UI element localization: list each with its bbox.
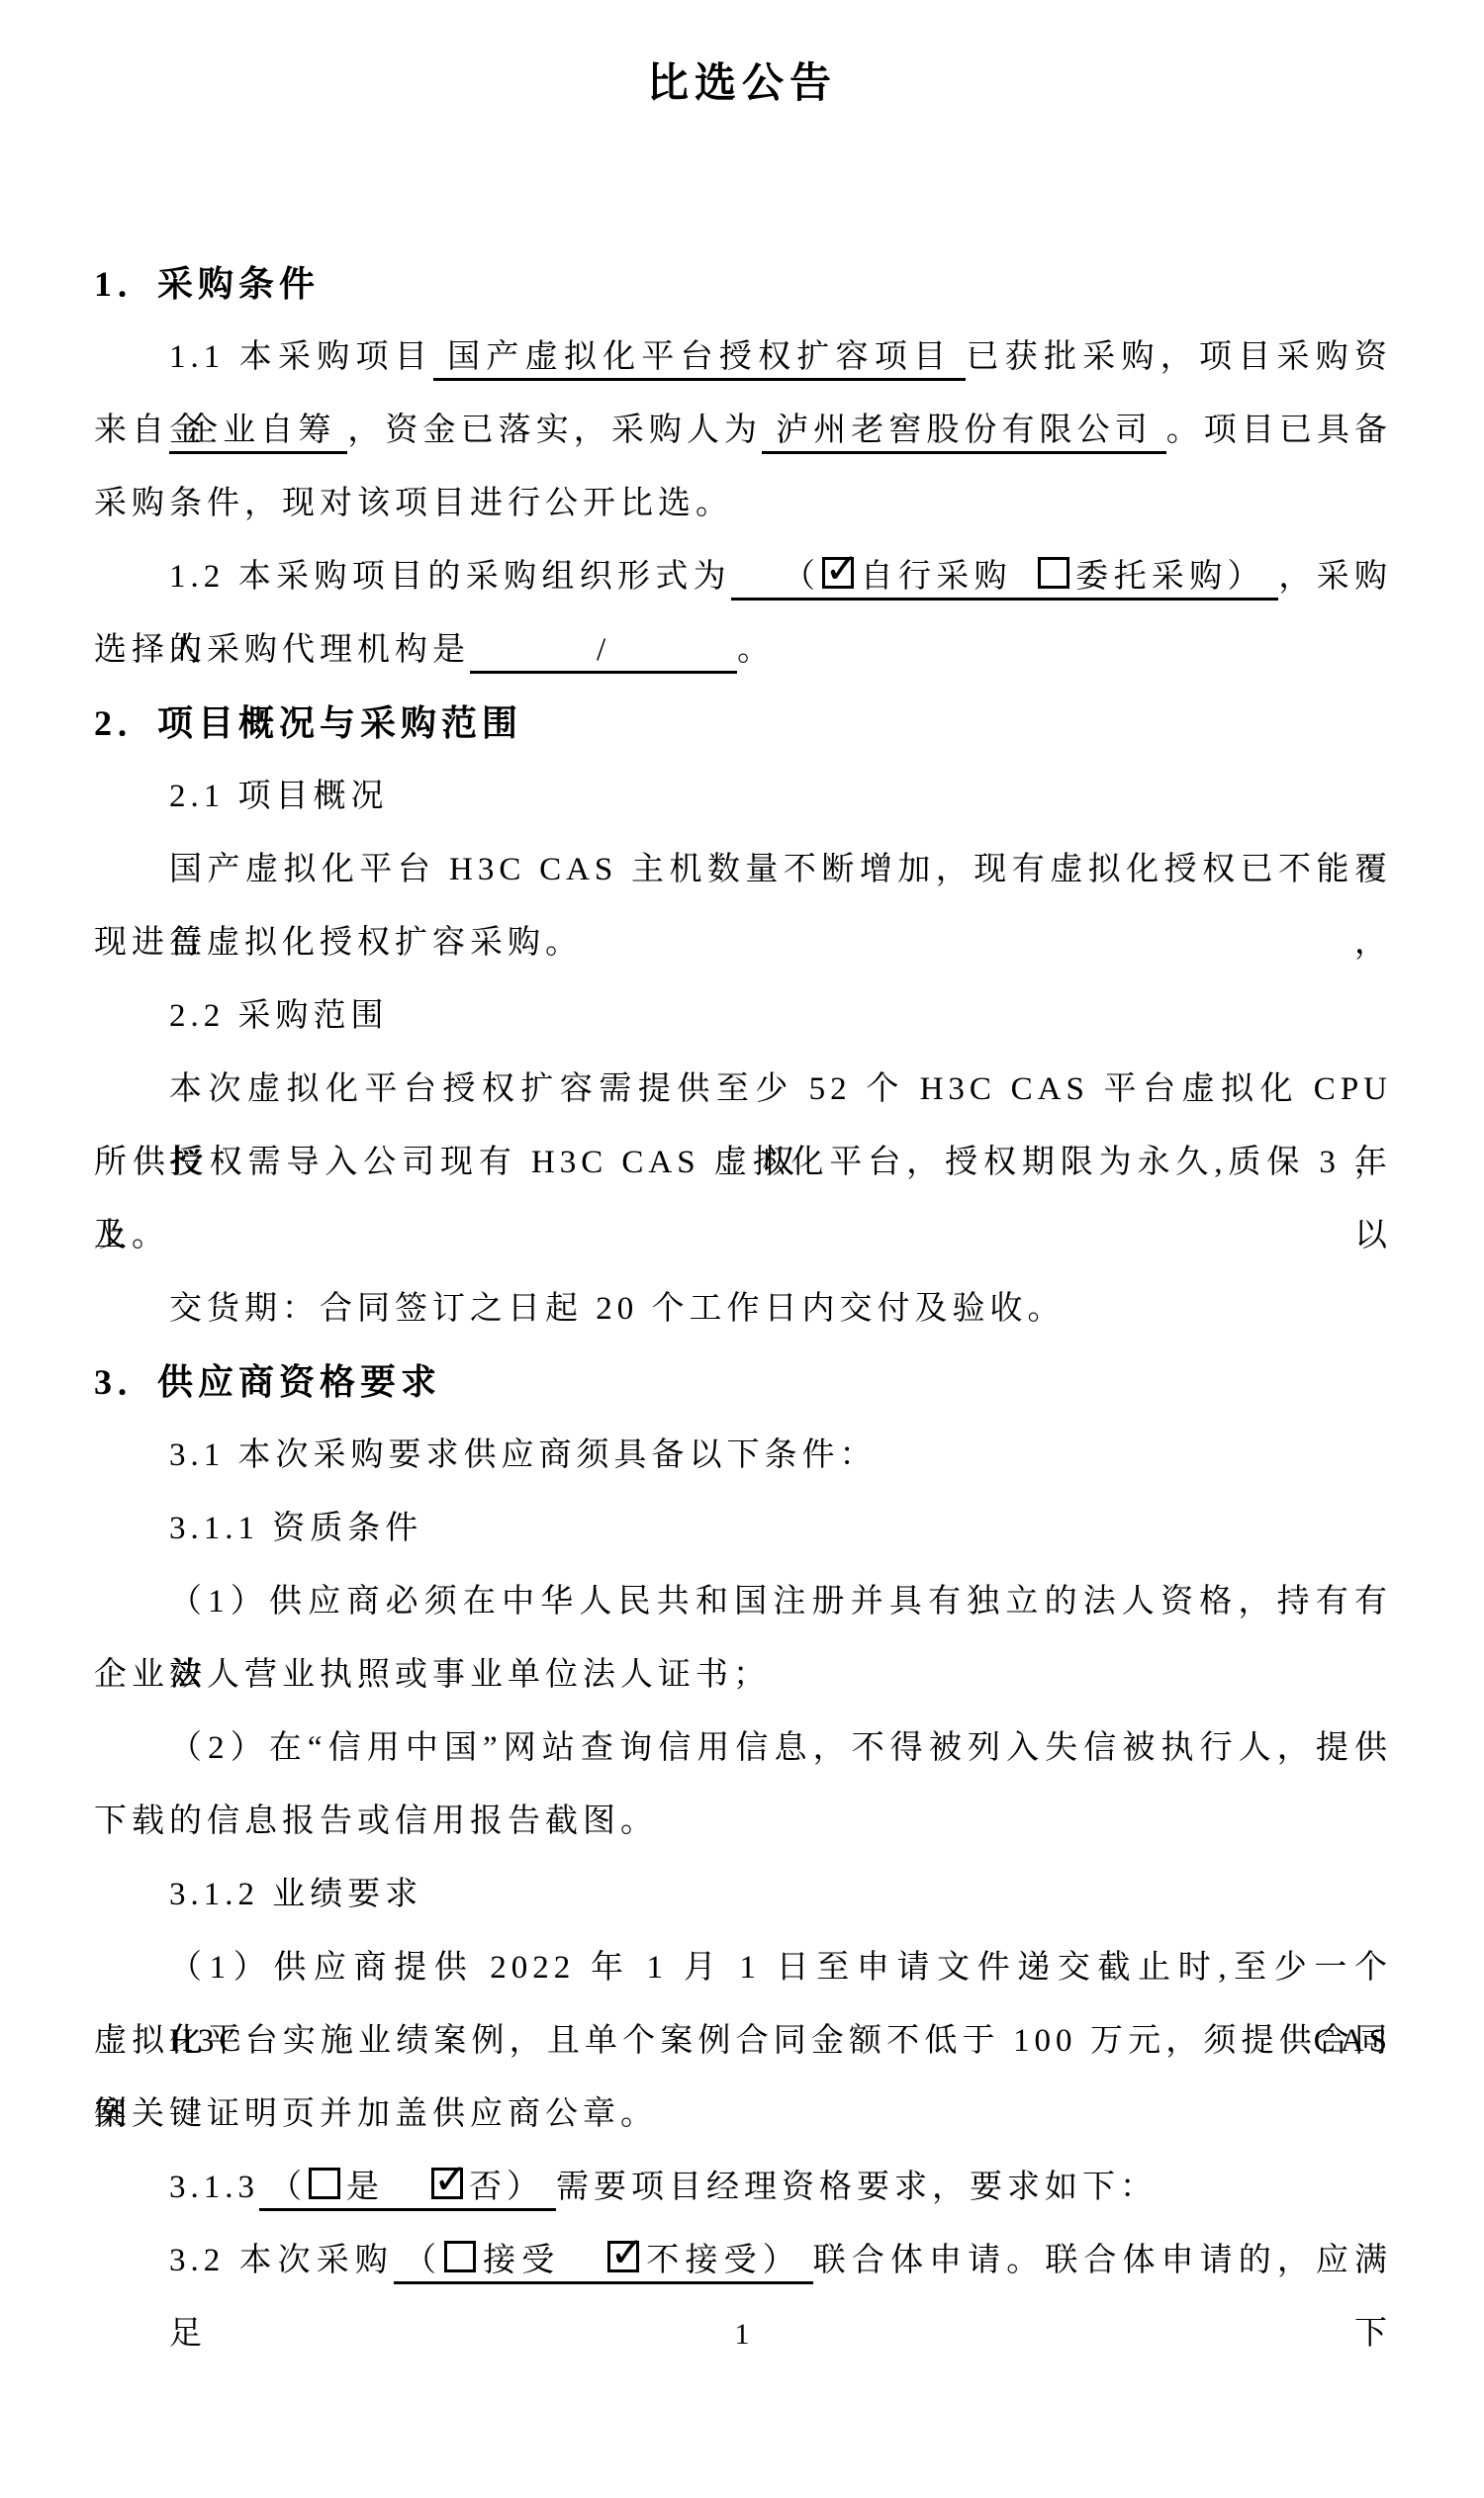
text-run: 1.1 本采购项目 xyxy=(169,339,433,375)
document-page: 比选公告 1．采购条件 1.1 本采购项目国产虚拟化平台授权扩容项目已获批采购，… xyxy=(0,0,1484,2498)
gap xyxy=(560,2269,605,2270)
section-heading-1: 1．采购条件 xyxy=(94,247,1392,321)
checkbox-checked-icon: ✓ xyxy=(607,2241,639,2272)
paragraph-3-1-1-item1-line-2: 企业法人营业执照或事业单位法人证书； xyxy=(94,1638,1392,1712)
section-heading-2: 2．项目概况与采购范围 xyxy=(94,687,1392,760)
subsection-heading-2-2: 2.2 采购范围 xyxy=(94,979,1392,1053)
check-mark-icon: ✓ xyxy=(609,2232,644,2273)
page-number: 1 xyxy=(0,2317,1484,2353)
checkbox-option-label: 不接受 xyxy=(645,2243,762,2278)
text-run: ） xyxy=(1228,559,1250,595)
text-run: 。 xyxy=(737,632,775,668)
text-run: 3.2 本次采购 xyxy=(169,2243,394,2278)
text-run: ） xyxy=(507,2170,544,2205)
paragraph-1-1-line-2: 来自企业自筹，资金已落实，采购人为泸州老窖股份有限公司。项目已具备 xyxy=(94,394,1392,467)
paragraph-3-1-1-item2-line-1: （2）在“信用中国”网站查询信用信息，不得被列入失信被执行人，提供 xyxy=(94,1712,1392,1785)
text-run: 3.1.3 xyxy=(169,2170,259,2205)
subsection-heading-3-1: 3.1 本次采购要求供应商须具备以下条件： xyxy=(94,1419,1392,1492)
text-run: 来自 xyxy=(94,413,169,448)
paragraph-3-1-2-item1-line-1: （1）供应商提供 2022 年 1 月 1 日至申请文件递交截止时,至少一个 H… xyxy=(94,1931,1392,2004)
text-run: 需要项目经理资格要求，要求如下： xyxy=(556,2170,1158,2205)
paragraph-3-1-2-item1-line-2: 虚拟化平台实施业绩案例，且单个案例合同金额不低于 100 万元，须提供合同案 xyxy=(94,2004,1392,2078)
subsection-heading-3-1-2: 3.1.2 业绩要求 xyxy=(94,1858,1392,1931)
check-mark-icon: ✓ xyxy=(824,548,859,590)
gap xyxy=(384,2196,429,2197)
underlined-field-funding-source: 企业自筹 xyxy=(169,413,347,454)
underlined-field-procurement-form: （✓自行采购委托采购） xyxy=(731,559,1278,601)
paragraph-2-1-line-1: 国产虚拟化平台 H3C CAS 主机数量不断增加，现有虚拟化授权已不能覆盖， xyxy=(94,833,1392,906)
underlined-field-pm-requirement: （是✓否） xyxy=(259,2170,556,2211)
text-run: （ xyxy=(783,559,820,595)
blank-underline xyxy=(610,659,737,660)
text-run: （ xyxy=(269,2170,307,2205)
checkbox-option-label: 接受 xyxy=(482,2243,560,2278)
checkbox-unchecked-icon xyxy=(309,2168,340,2199)
text-run: ，资金已落实，采购人为 xyxy=(347,413,762,448)
subsection-heading-3-1-1: 3.1.1 资质条件 xyxy=(94,1492,1392,1565)
underlined-field-consortium: （接受✓不接受） xyxy=(394,2243,813,2284)
text-run: 。项目已具备 xyxy=(1166,413,1392,448)
underlined-field-purchaser-name: 泸州老窖股份有限公司 xyxy=(762,413,1166,454)
subsection-heading-2-1: 2.1 项目概况 xyxy=(94,760,1392,833)
text-run: 1.2 本采购项目的采购组织形式为 xyxy=(169,559,731,595)
checkbox-unchecked-icon xyxy=(1038,557,1069,589)
checkbox-unchecked-icon xyxy=(444,2241,476,2272)
paragraph-3-1-2-item1-line-3: 例关键证明页并加盖供应商公章。 xyxy=(94,2078,1392,2151)
paragraph-1-2-line-1: 1.2 本采购项目的采购组织形式为（✓自行采购委托采购），采购人 xyxy=(94,540,1392,613)
text-run: （ xyxy=(404,2243,442,2278)
checkbox-option-label: 自行采购 xyxy=(860,559,1012,595)
blank-underline xyxy=(470,659,597,660)
underlined-field-project-name: 国产虚拟化平台授权扩容项目 xyxy=(433,339,966,381)
section-heading-3: 3．供应商资格要求 xyxy=(94,1345,1392,1419)
checkbox-option-label: 是 xyxy=(346,2170,384,2205)
slash-separator: / xyxy=(597,632,610,668)
paragraph-delivery-period: 交货期：合同签订之日起 20 个工作日内交付及验收。 xyxy=(94,1272,1392,1345)
document-body: 1．采购条件 1.1 本采购项目国产虚拟化平台授权扩容项目已获批采购，项目采购资… xyxy=(94,247,1392,2297)
underlined-field-agency-blank: / xyxy=(470,632,737,674)
checkbox-checked-icon: ✓ xyxy=(822,557,854,589)
check-mark-icon: ✓ xyxy=(433,2159,468,2200)
checkbox-checked-icon: ✓ xyxy=(431,2168,463,2199)
gap xyxy=(1012,586,1036,587)
paragraph-1-1-line-1: 1.1 本采购项目国产虚拟化平台授权扩容项目已获批采购，项目采购资金 xyxy=(94,321,1392,394)
paragraph-3-1-1-item1-line-1: （1）供应商必须在中华人民共和国注册并具有独立的法人资格，持有有效 xyxy=(94,1565,1392,1638)
paragraph-3-1-3: 3.1.3（是✓否）需要项目经理资格要求，要求如下： xyxy=(94,2151,1392,2224)
document-title: 比选公告 xyxy=(0,54,1484,114)
paragraph-3-1-1-item2-line-2: 下载的信息报告或信用报告截图。 xyxy=(94,1785,1392,1858)
paragraph-2-2-line-2: 所供授权需导入公司现有 H3C CAS 虚拟化平台，授权期限为永久,质保 3 年… xyxy=(94,1126,1392,1199)
checkbox-option-label: 否 xyxy=(469,2170,507,2205)
paragraph-3-2: 3.2 本次采购（接受✓不接受）联合体申请。联合体申请的，应满足下 xyxy=(94,2224,1392,2297)
paragraph-2-2-line-1: 本次虚拟化平台授权扩容需提供至少 52 个 H3C CAS 平台虚拟化 CPU … xyxy=(94,1053,1392,1126)
checkbox-option-label: 委托采购 xyxy=(1075,559,1228,595)
paragraph-1-1-line-3: 采购条件，现对该项目进行公开比选。 xyxy=(94,467,1392,540)
paragraph-1-2-line-2: 选择的采购代理机构是/。 xyxy=(94,613,1392,687)
text-run: ） xyxy=(763,2243,801,2278)
text-run: 选择的采购代理机构是 xyxy=(94,632,470,668)
